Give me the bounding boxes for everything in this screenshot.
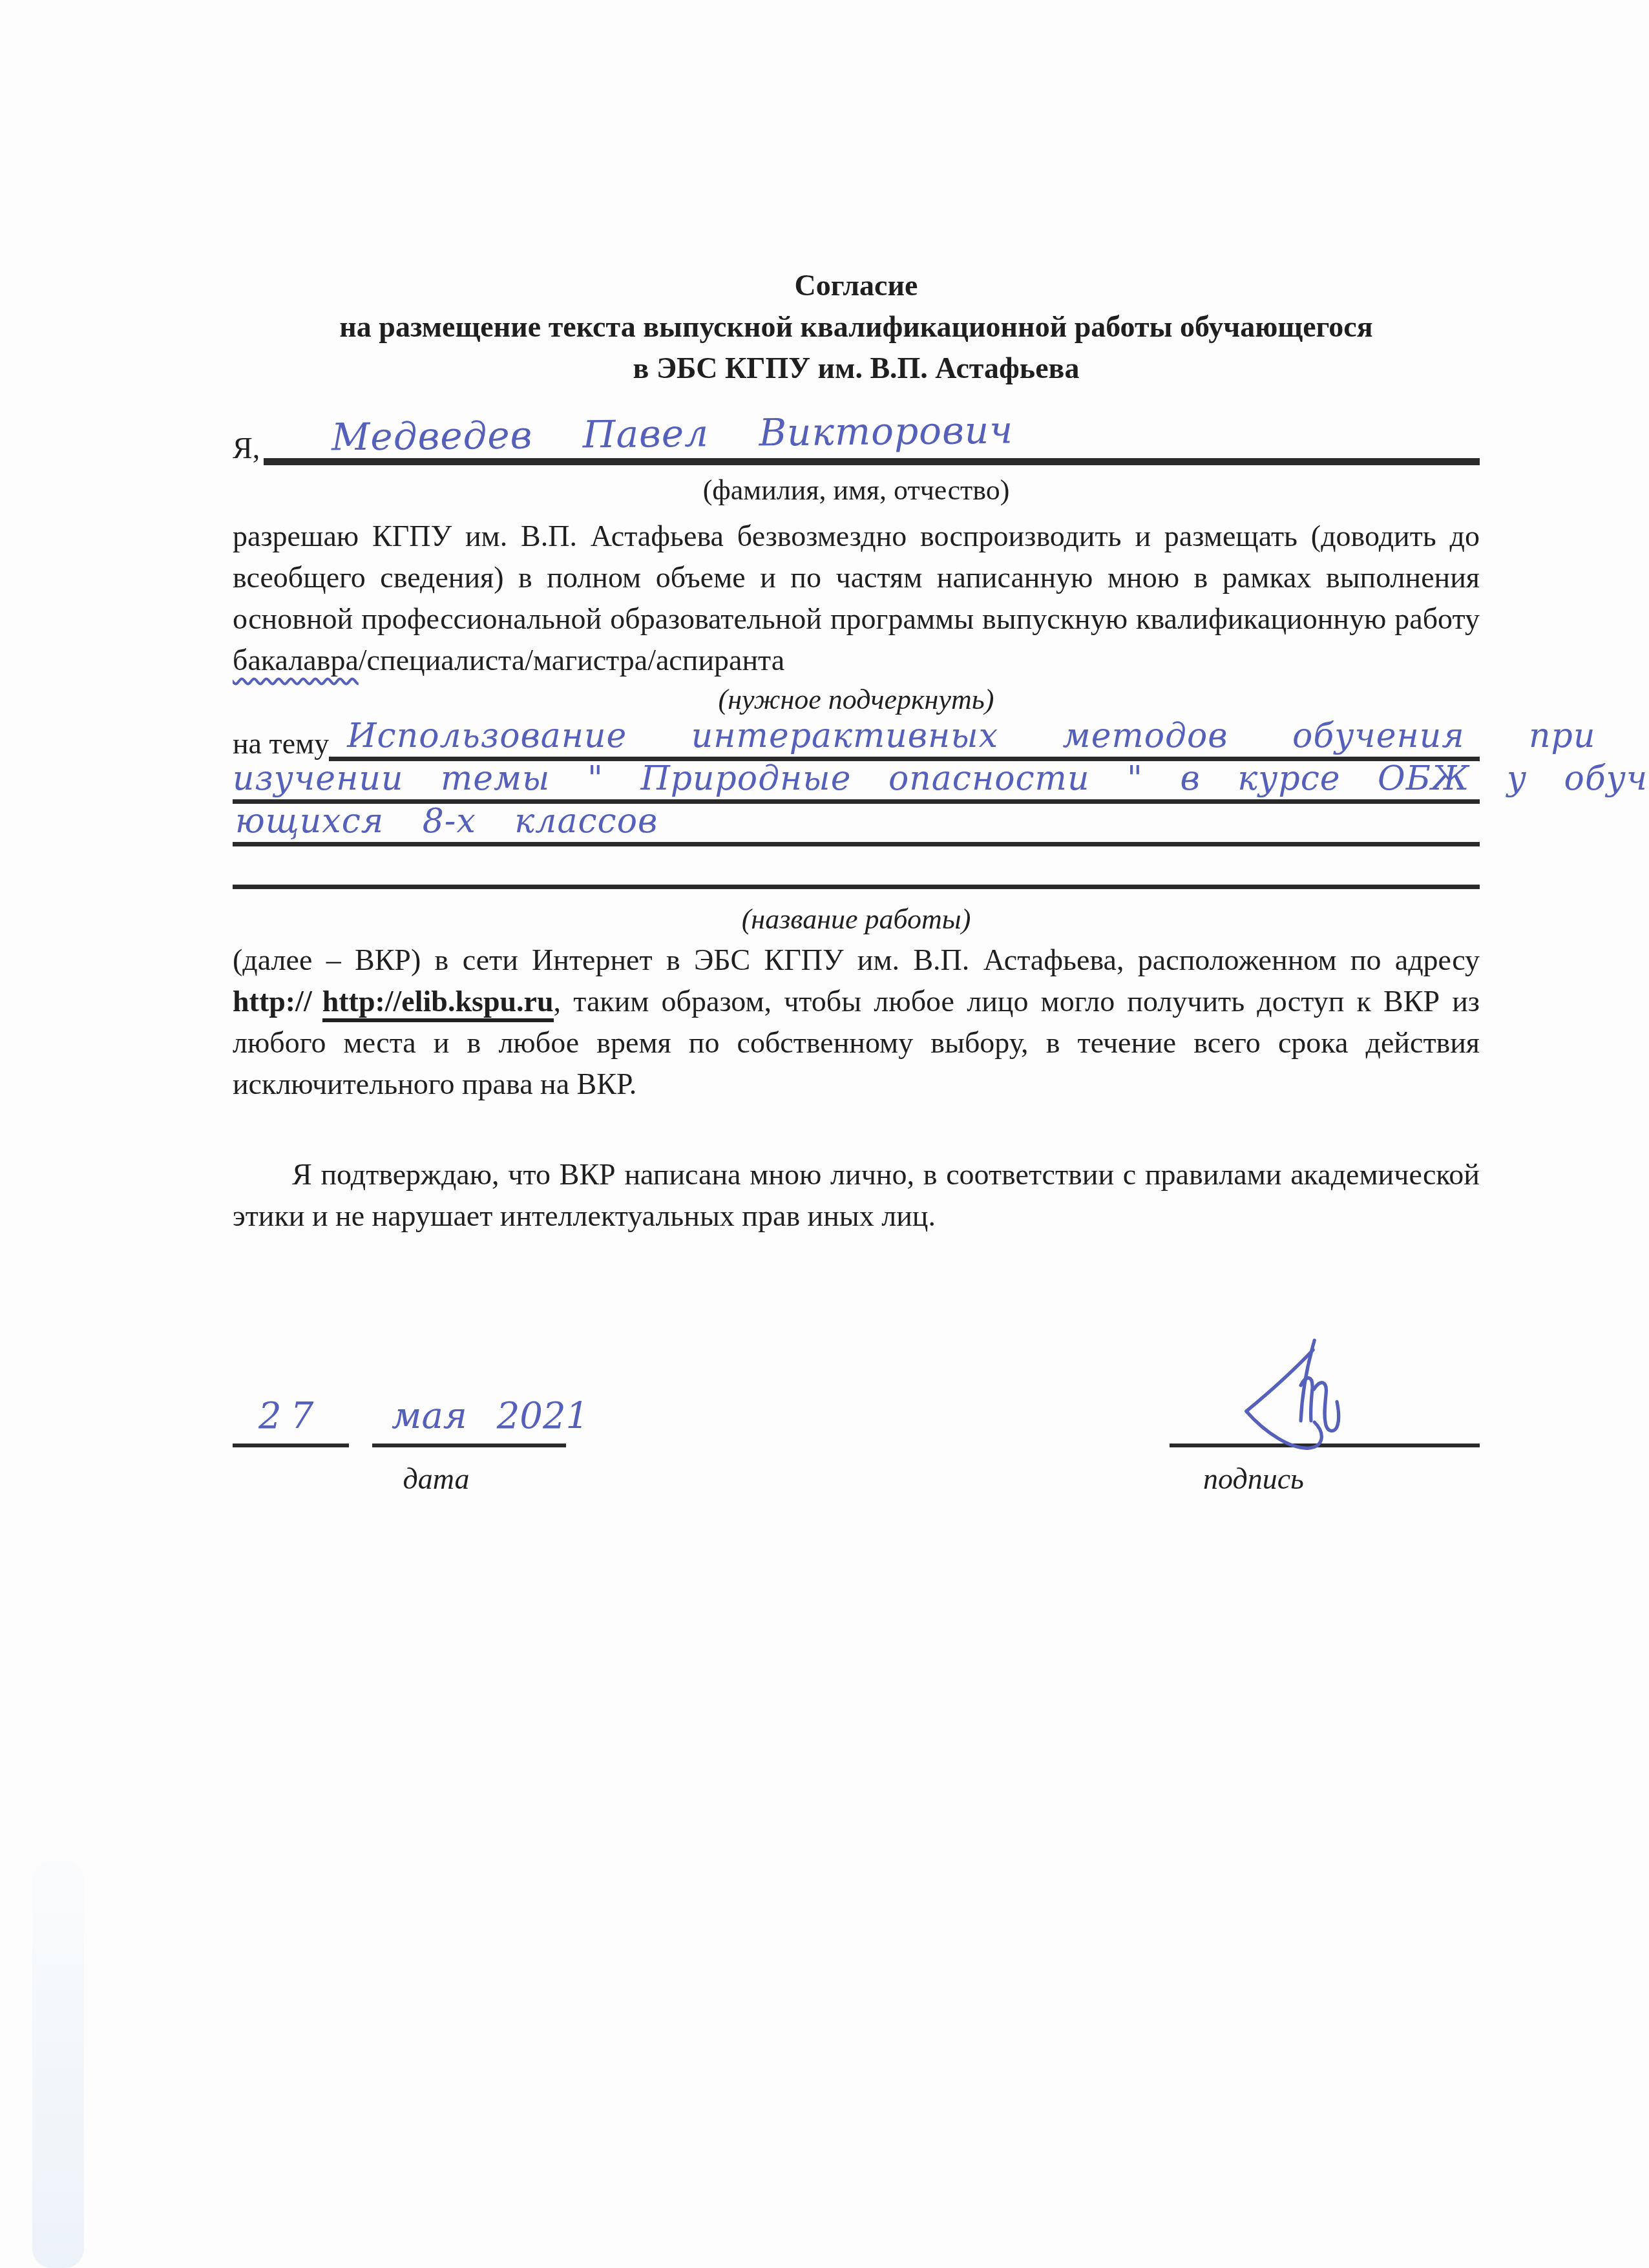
title-line-2: на размещение текста выпускной квалифика…: [233, 306, 1480, 348]
name-ruled-line: Медведев Павел Викторович: [264, 401, 1480, 465]
date-month-ruled-line: мая 2021: [372, 1350, 566, 1447]
vkr-text-part1: (далее – ВКР) в сети Интернет в ЭБС КГПУ…: [233, 943, 1480, 976]
caption-underline-note: (нужное подчеркнуть): [233, 682, 1480, 717]
caption-work-title: (название работы): [233, 902, 1480, 937]
http-prefix-bold: http://: [233, 985, 312, 1018]
scanner-edge-artifact: [32, 1861, 84, 2268]
scanned-consent-form-page: Согласие на размещение текста выпускной …: [0, 0, 1649, 2268]
caption-fio: (фамилия, имя, отчество): [233, 473, 1480, 508]
handwritten-topic-line-3: ющихся 8-х классов: [235, 802, 658, 841]
elib-url: http://elib.kspu.ru: [322, 985, 554, 1022]
signing-row: 27 мая 2021: [233, 1350, 1480, 1447]
topic-ruled-line-2: изучении темы " Природные опасности " в …: [233, 761, 1480, 804]
signature-ruled-line: [1170, 1350, 1480, 1447]
topic-ruled-line-1: Использование интерактивных методов обуч…: [329, 719, 1480, 761]
title-line-3: в ЭБС КГПУ им. В.П. Астафьева: [233, 348, 1480, 389]
handwritten-signature-scribble: [1232, 1336, 1367, 1459]
date-label: дата: [352, 1462, 520, 1496]
confirmation-paragraph: Я подтверждаю, что ВКР написана мною лич…: [233, 1154, 1480, 1237]
topic-ruled-line-3: ющихся 8-х классов: [233, 804, 1480, 846]
signing-captions: дата подпись: [233, 1462, 1480, 1499]
topic-ruled-line-4: [233, 846, 1480, 889]
title-line-1: Согласие: [233, 265, 1480, 306]
document-title: Согласие на размещение текста выпускной …: [233, 265, 1480, 389]
handwritten-topic-line-1: Использование интерактивных методов обуч…: [347, 717, 1595, 755]
degree-options-rest: /специалиста/магистра/аспиранта: [359, 644, 784, 677]
handwritten-topic-line-2: изучении темы " Природные опасности " в …: [233, 759, 1649, 798]
handwritten-full-name: Медведев Павел Викторович: [331, 408, 1014, 459]
topic-row-1: на тему Использование интерактивных мето…: [233, 719, 1480, 761]
topic-label: на тему: [233, 728, 329, 761]
permission-paragraph: разрешаю КГПУ им. В.П. Астафьева безвозм…: [233, 516, 1480, 681]
handwritten-day: 27: [258, 1395, 322, 1437]
name-prefix: Я,: [233, 432, 264, 465]
date-day-ruled-line: 27: [233, 1350, 349, 1447]
permission-text-before: разрешаю КГПУ им. В.П. Астафьева безвозм…: [233, 520, 1480, 635]
signature-label: подпись: [1170, 1462, 1338, 1496]
handwritten-month-year: мая 2021: [392, 1395, 589, 1437]
vkr-paragraph: (далее – ВКР) в сети Интернет в ЭБС КГПУ…: [233, 940, 1480, 1105]
full-name-row: Я, Медведев Павел Викторович: [233, 401, 1480, 465]
document-content: Согласие на размещение текста выпускной …: [233, 0, 1480, 1499]
underlined-degree-option: бакалавра: [233, 644, 359, 677]
